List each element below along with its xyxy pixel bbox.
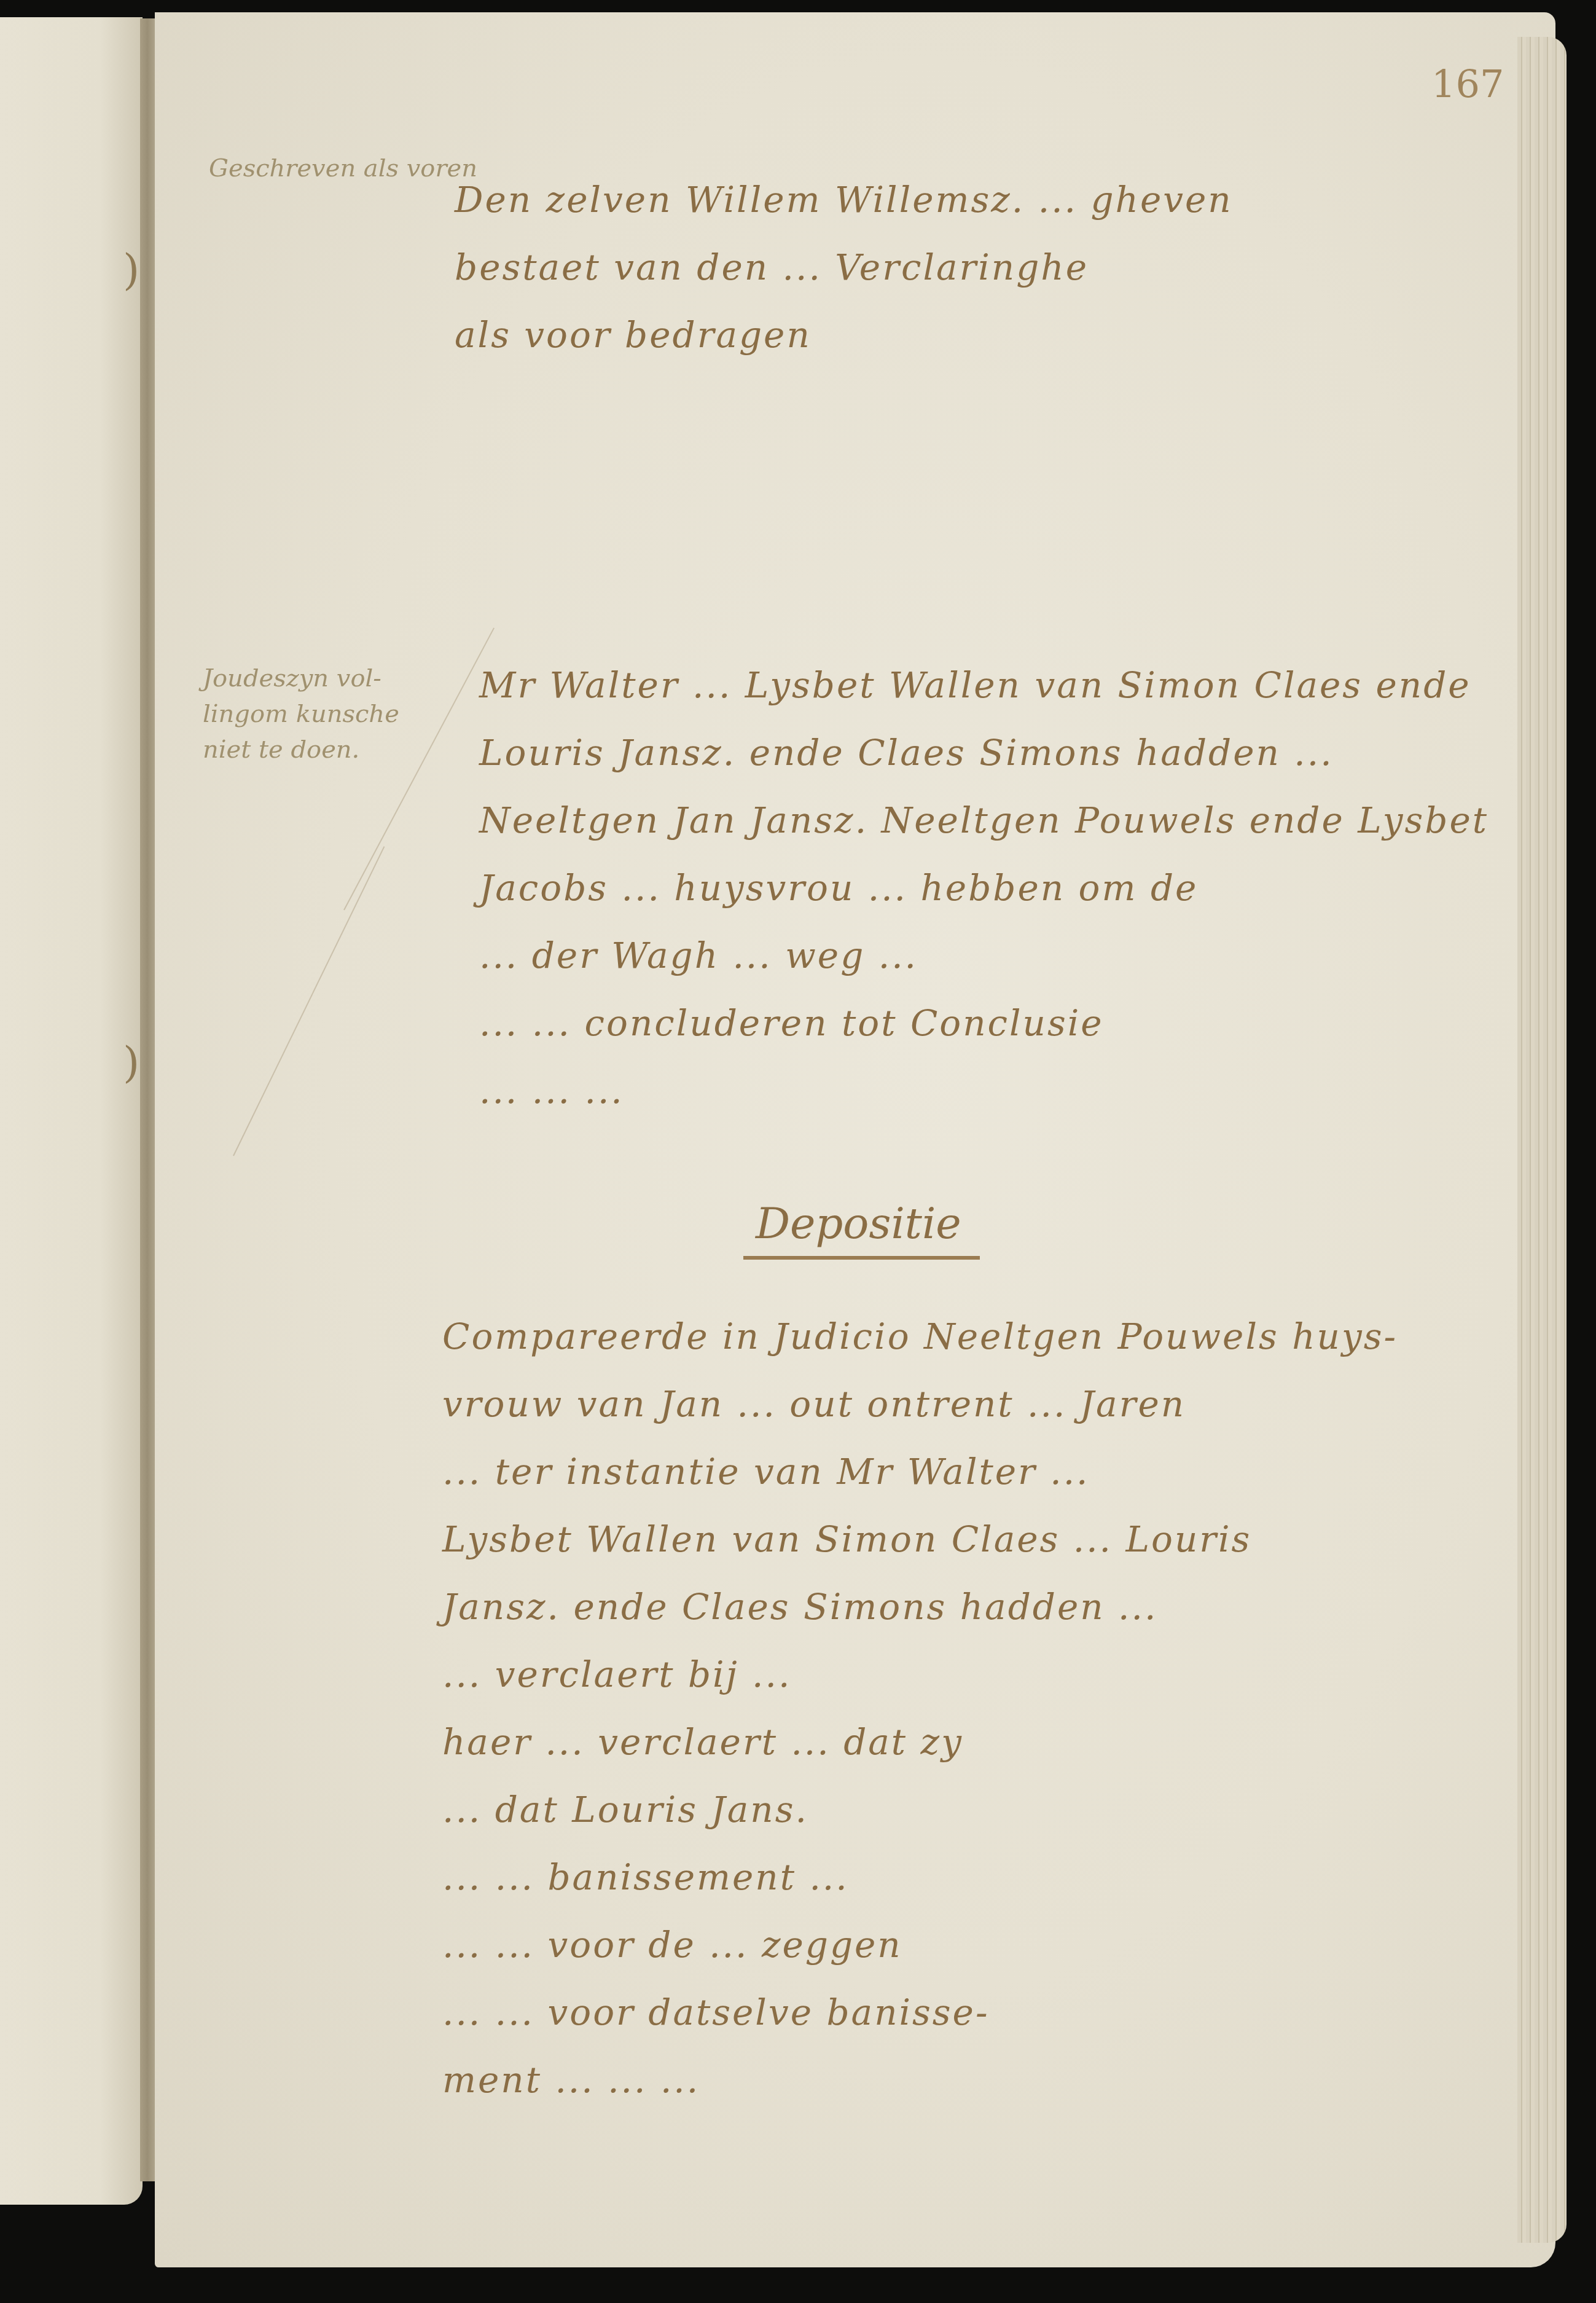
entry-3-deposition: Compareerde in Judicio Neeltgen Pouwels … <box>442 1303 1398 2114</box>
entry-line: ... der Wagh ... weg ... <box>479 922 1488 989</box>
margin-note-line: Geschreven als voren <box>209 151 477 186</box>
left-page-mark: ) <box>123 1037 139 1088</box>
page-number: 167 <box>1431 61 1504 106</box>
entry-line: Den zelven Willem Willemsz. ... gheven <box>455 166 1233 233</box>
entry-line: Louris Jansz. ende Claes Simons hadden .… <box>479 719 1488 787</box>
margin-note-line: lingom kunsche <box>203 696 399 732</box>
page-edges <box>1517 37 1567 2243</box>
entry-2: Mr Walter ... Lysbet Wallen van Simon Cl… <box>479 651 1488 1124</box>
left-page-mark: ) <box>123 245 139 295</box>
entry-line: Compareerde in Judicio Neeltgen Pouwels … <box>442 1303 1398 1370</box>
entry-line: ... ... voor de ... zeggen <box>442 1911 1398 1979</box>
entry-line: bestaet van den ... Verclaringhe <box>455 233 1233 301</box>
entry-line: Mr Walter ... Lysbet Wallen van Simon Cl… <box>479 651 1488 719</box>
margin-note-line: Joudeszyn vol- <box>203 661 399 696</box>
entry-line: ... ... voor datselve banisse- <box>442 1979 1398 2046</box>
entry-line: ment ... ... ... <box>442 2046 1398 2114</box>
entry-1: Den zelven Willem Willemsz. ... gheven b… <box>455 166 1233 369</box>
entry-line: Jacobs ... huysvrou ... hebben om de <box>479 854 1488 922</box>
entry-line: haer ... verclaert ... dat zy <box>442 1708 1398 1776</box>
entry-line: ... ... concluderen tot Conclusie <box>479 989 1488 1057</box>
margin-note-line: niet te doen. <box>203 732 399 767</box>
entry-line: Neeltgen Jan Jansz. Neeltgen Pouwels end… <box>479 787 1488 854</box>
margin-note-entry-2: Joudeszyn vol- lingom kunsche niet te do… <box>203 661 399 767</box>
margin-note-entry-1: Geschreven als voren <box>209 151 477 186</box>
entry-line: Lysbet Wallen van Simon Claes ... Louris <box>442 1505 1398 1573</box>
entry-line: ... dat Louris Jans. <box>442 1776 1398 1843</box>
section-heading: Depositie <box>743 1198 980 1260</box>
entry-line: ... ... ... <box>479 1057 1488 1124</box>
entry-line: Jansz. ende Claes Simons hadden ... <box>442 1573 1398 1641</box>
entry-line: als voor bedragen <box>455 301 1233 369</box>
entry-line: ... ... banissement ... <box>442 1843 1398 1911</box>
entry-line: ... verclaert bij ... <box>442 1641 1398 1708</box>
entry-line: vrouw van Jan ... out ontrent ... Jaren <box>442 1370 1398 1438</box>
left-page: ) ) <box>0 17 143 2205</box>
entry-line: ... ter instantie van Mr Walter ... <box>442 1438 1398 1505</box>
